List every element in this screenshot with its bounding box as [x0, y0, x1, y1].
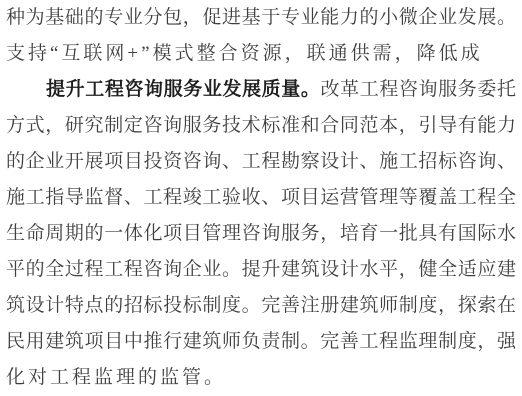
- bold-lead-text: 提升工程咨询服务业发展质量。: [46, 79, 321, 100]
- line-text: 的企业开展项目投资咨询、工程勘察设计、施工招标咨询、: [6, 151, 516, 172]
- text-line: 种为基础的专业分包，促进基于专业能力的小微企业发展。: [6, 0, 516, 36]
- text-line: 生命周期的一体化项目管理咨询服务，培育一批具有国际水: [6, 216, 516, 252]
- text-line: 筑设计特点的招标投标制度。完善注册建筑师制度，探索在: [6, 288, 516, 324]
- line-text: 施工指导监督、工程竣工验收、项目运营管理等覆盖工程全: [6, 187, 516, 208]
- text-line: 民用建筑项目中推行建筑师负责制。完善工程监理制度，强: [6, 324, 516, 360]
- text-line: 施工指导监督、工程竣工验收、项目运营管理等覆盖工程全: [6, 180, 516, 216]
- document-page: 种为基础的专业分包，促进基于专业能力的小微企业发展。 支持“互联网+”模式整合资…: [0, 0, 522, 396]
- line-text: 种为基础的专业分包，促进基于专业能力的小微企业发展。: [6, 7, 516, 28]
- line-text: 支持“互联网+”模式整合资源，联通供需，降低成本。: [6, 43, 483, 72]
- line-text: 平的全过程工程咨询企业。提升建筑设计水平，健全适应建: [6, 259, 516, 280]
- text-line: 化对工程监理的监管。: [6, 360, 516, 396]
- line-text: 化对工程监理的监管。: [6, 367, 226, 388]
- line-text: 民用建筑项目中推行建筑师负责制。完善工程监理制度，强: [6, 331, 516, 352]
- line-text: 生命周期的一体化项目管理咨询服务，培育一批具有国际水: [6, 223, 516, 244]
- text-line-paragraph-start: 提升工程咨询服务业发展质量。改革工程咨询服务委托: [6, 72, 516, 108]
- text-line: 方式，研究制定咨询服务技术标准和合同范本，引导有能力: [6, 108, 516, 144]
- text-line: 支持“互联网+”模式整合资源，联通供需，降低成本。: [6, 36, 516, 72]
- text-line: 平的全过程工程咨询企业。提升建筑设计水平，健全适应建: [6, 252, 516, 288]
- line-text: 筑设计特点的招标投标制度。完善注册建筑师制度，探索在: [6, 295, 516, 316]
- line-text: 改革工程咨询服务委托: [321, 79, 516, 100]
- text-line: 的企业开展项目投资咨询、工程勘察设计、施工招标咨询、: [6, 144, 516, 180]
- line-text: 方式，研究制定咨询服务技术标准和合同范本，引导有能力: [6, 115, 516, 136]
